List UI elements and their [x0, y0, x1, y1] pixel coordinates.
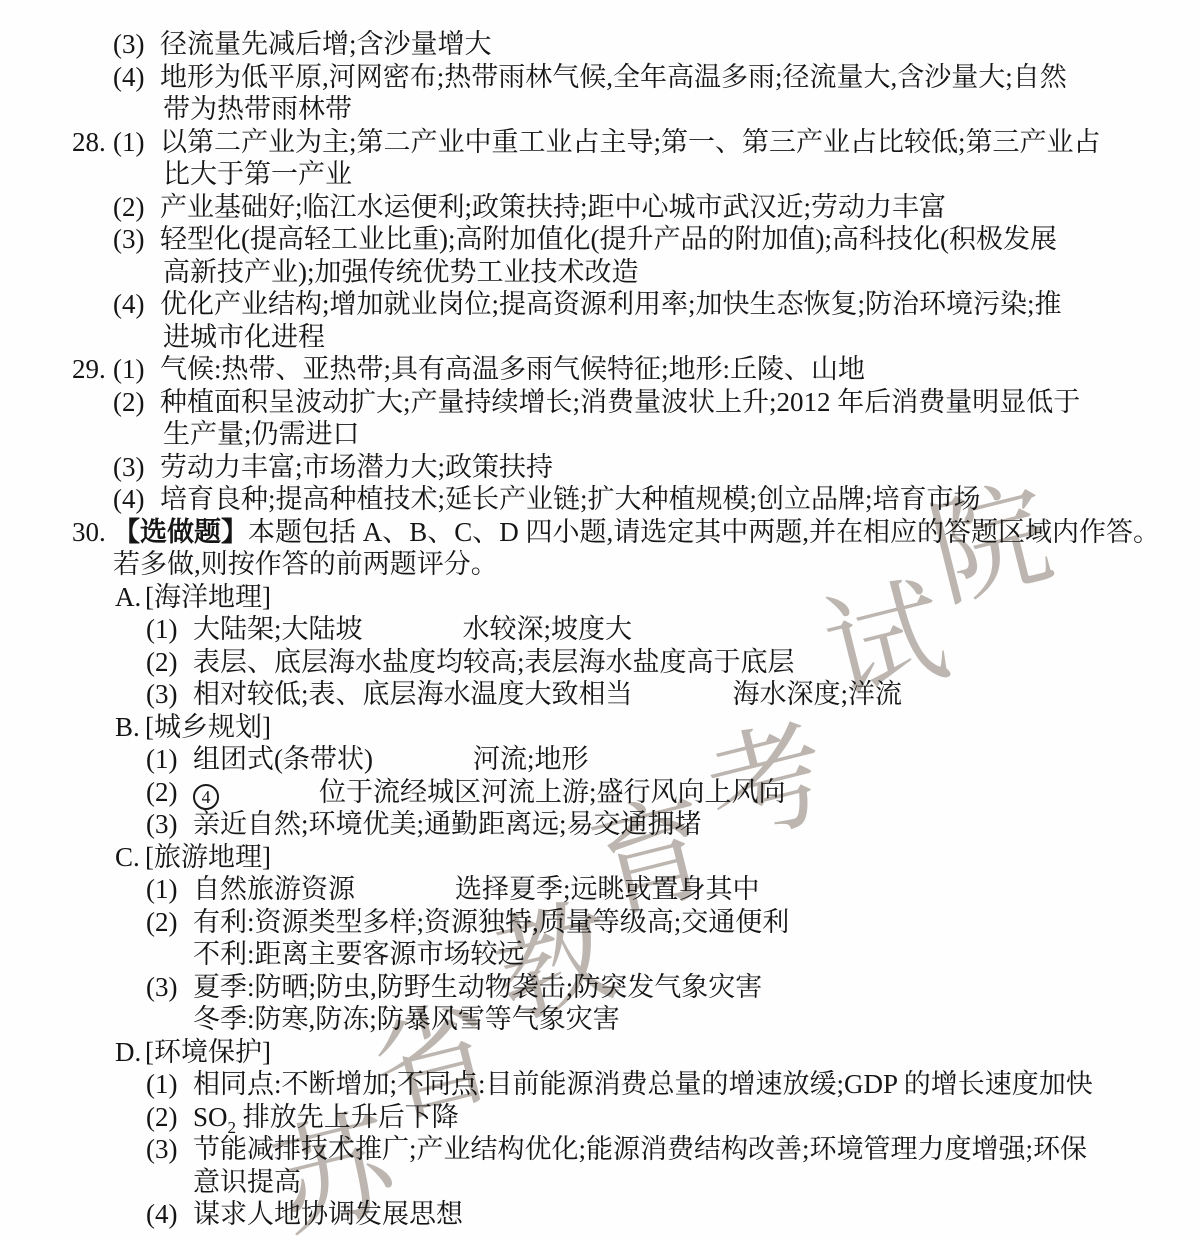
text-segment: 海水深度;洋流 [733, 679, 903, 709]
text-line: (3)劳动力丰富;市场潜力大;政策扶持 [0, 451, 1200, 484]
text-line: (2)种植面积呈波动扩大;产量持续增长;消费量波状上升;2012 年后消费量明显… [0, 386, 1200, 419]
text-line: (2)表层、底层海水盐度均较高;表层海水盐度高于底层 [0, 646, 1200, 679]
text-line: 比大于第一产业 [0, 158, 1200, 191]
item-marker: C. [115, 841, 140, 874]
text-line: 不利:距离主要客源市场较远 [0, 938, 1200, 971]
item-marker: (2) [146, 906, 177, 939]
text-line: (3)节能减排技术推广;产业结构优化;能源消费结构改善;环境管理力度增强;环保 [0, 1133, 1200, 1166]
text-line: (2)有利:资源类型多样;资源独特,质量等级高;交通便利 [0, 906, 1200, 939]
answer-text-block: (3)径流量先减后增;含沙量增大(4)地形为低平原,河网密布;热带雨林气候,全年… [0, 0, 1200, 1231]
text-segment: 大陆架;大陆坡 [193, 614, 363, 644]
text-line: 29.(1)气候:热带、亚热带;具有高温多雨气候特征;地形:丘陵、山地 [0, 353, 1200, 386]
text-line: (1)大陆架;大陆坡水较深;坡度大 [0, 613, 1200, 646]
text-line: (3)径流量先减后增;含沙量增大 [0, 28, 1200, 61]
item-marker: (2) [113, 386, 144, 419]
circled-number: 4 [193, 784, 219, 810]
text-segment: 选择夏季;远眺或置身其中 [455, 874, 760, 904]
text-segment: 以第二产业为主;第二产业中重工业占主导;第一、第三产业占比较低;第三产业占 [160, 127, 1101, 157]
text-segment: 地形为低平原,河网密布;热带雨林气候,全年高温多雨;径流量大,含沙量大;自然 [160, 62, 1067, 92]
text-line: 带为热带雨林带 [0, 93, 1200, 126]
text-line: (4)地形为低平原,河网密布;热带雨林气候,全年高温多雨;径流量大,含沙量大;自… [0, 61, 1200, 94]
text-line: 28.(1)以第二产业为主;第二产业中重工业占主导;第一、第三产业占比较低;第三… [0, 126, 1200, 159]
text-segment: [旅游地理] [145, 842, 271, 872]
text-line: (3)夏季:防晒;防虫,防野生动物袭击;防突发气象灾害 [0, 971, 1200, 1004]
item-marker: (1) [146, 613, 177, 646]
item-marker: (1) [146, 743, 177, 776]
text-segment: [城乡规划] [145, 712, 271, 742]
item-marker: (1) [113, 126, 144, 159]
text-segment: 有利:资源类型多样;资源独特,质量等级高;交通便利 [193, 907, 789, 937]
item-marker: (2) [146, 1101, 177, 1134]
item-marker: (3) [146, 808, 177, 841]
text-segment: 【选做题】 [113, 517, 248, 547]
text-segment: 比大于第一产业 [163, 159, 352, 189]
item-marker: (1) [113, 353, 144, 386]
text-segment: 意识提高 [193, 1167, 301, 1197]
text-line: D.[环境保护] [0, 1036, 1200, 1069]
text-segment: 冬季:防寒,防冻;防暴风雪等气象灾害 [193, 1004, 620, 1034]
text-line: (4)培育良种;提高种植技术;延长产业链;扩大种植规模;创立品牌;培育市场 [0, 483, 1200, 516]
text-segment: 优化产业结构;增加就业岗位;提高资源利用率;加快生态恢复;防治环境污染;推 [160, 289, 1062, 319]
item-marker: B. [115, 711, 140, 744]
question-number: 30. [72, 516, 106, 549]
text-segment: 种植面积呈波动扩大;产量持续增长;消费量波状上升;2012 年后消费量明显低于 [160, 387, 1080, 417]
item-marker: (3) [146, 1133, 177, 1166]
text-line: 冬季:防寒,防冻;防暴风雪等气象灾害 [0, 1003, 1200, 1036]
text-segment: 组团式(条带状) [193, 744, 373, 774]
text-segment: 相对较低;表、底层海水温度大致相当 [193, 679, 633, 709]
text-segment: 谋求人地协调发展思想 [193, 1199, 463, 1229]
text-segment: 产业基础好;临江水运便利;政策扶持;距中心城市武汉近;劳动力丰富 [160, 192, 946, 222]
text-segment: 生产量;仍需进口 [163, 419, 360, 449]
text-line: B.[城乡规划] [0, 711, 1200, 744]
text-line: 若多做,则按作答的前两题评分。 [0, 548, 1200, 581]
item-marker: A. [115, 581, 141, 614]
text-segment: 高新技产业);加强传统优势工业技术改造 [163, 257, 639, 287]
text-segment: 劳动力丰富;市场潜力大;政策扶持 [160, 452, 553, 482]
text-segment: 河流;地形 [473, 744, 589, 774]
text-segment: 本题包括 A、B、C、D 四小题,请选定其中两题,并在相应的答题区域内作答。 [248, 517, 1160, 547]
text-segment: 位于流经城区河流上游;盛行风向上风向 [319, 777, 786, 807]
item-marker: (3) [113, 28, 144, 61]
text-segment: 不利:距离主要客源市场较远 [193, 939, 525, 969]
text-segment: 轻型化(提高轻工业比重);高附加值化(提升产品的附加值);高科技化(积极发展 [160, 224, 1057, 254]
text-segment: 表层、底层海水盐度均较高;表层海水盐度高于底层 [193, 647, 795, 677]
item-marker: (4) [113, 483, 144, 516]
text-line: A.[海洋地理] [0, 581, 1200, 614]
text-segment: 亲近自然;环境优美;通勤距离远;易交通拥堵 [193, 809, 702, 839]
text-line: 高新技产业);加强传统优势工业技术改造 [0, 256, 1200, 289]
text-segment: 培育良种;提高种植技术;延长产业链;扩大种植规模;创立品牌;培育市场 [160, 484, 981, 514]
item-marker: (3) [113, 451, 144, 484]
item-marker: (3) [146, 971, 177, 1004]
text-line: 意识提高 [0, 1166, 1200, 1199]
text-segment: SO [193, 1102, 228, 1132]
text-line: (2)产业基础好;临江水运便利;政策扶持;距中心城市武汉近;劳动力丰富 [0, 191, 1200, 224]
text-line: 30.【选做题】本题包括 A、B、C、D 四小题,请选定其中两题,并在相应的答题… [0, 516, 1200, 549]
text-segment: 节能减排技术推广;产业结构优化;能源消费结构改善;环境管理力度增强;环保 [193, 1134, 1087, 1164]
text-line: (4)谋求人地协调发展思想 [0, 1198, 1200, 1231]
item-marker: (1) [146, 873, 177, 906]
item-marker: (3) [146, 678, 177, 711]
item-marker: (2) [146, 646, 177, 679]
text-line: (3)相对较低;表、底层海水温度大致相当海水深度;洋流 [0, 678, 1200, 711]
text-segment: 若多做,则按作答的前两题评分。 [113, 549, 498, 579]
scanned-answer-sheet: 苏省教育考试院 (3)径流量先减后增;含沙量增大(4)地形为低平原,河网密布;热… [0, 0, 1200, 1240]
text-line: (1)组团式(条带状)河流;地形 [0, 743, 1200, 776]
text-segment: 带为热带雨林带 [163, 94, 352, 124]
text-line: 进城市化进程 [0, 321, 1200, 354]
text-line: (3)轻型化(提高轻工业比重);高附加值化(提升产品的附加值);高科技化(积极发… [0, 223, 1200, 256]
text-line: C.[旅游地理] [0, 841, 1200, 874]
item-marker: (1) [146, 1068, 177, 1101]
text-line: (3)亲近自然;环境优美;通勤距离远;易交通拥堵 [0, 808, 1200, 841]
item-marker: (4) [113, 288, 144, 321]
item-marker: D. [115, 1036, 141, 1069]
question-number: 28. [72, 126, 106, 159]
text-segment: 气候:热带、亚热带;具有高温多雨气候特征;地形:丘陵、山地 [160, 354, 865, 384]
question-number: 29. [72, 353, 106, 386]
item-marker: (4) [113, 61, 144, 94]
text-segment: 排放先上升后下降 [236, 1102, 459, 1132]
item-marker: (3) [113, 223, 144, 256]
item-marker: (4) [146, 1198, 177, 1231]
item-marker: (2) [113, 191, 144, 224]
text-line: (4)优化产业结构;增加就业岗位;提高资源利用率;加快生态恢复;防治环境污染;推 [0, 288, 1200, 321]
text-segment: 进城市化进程 [163, 322, 325, 352]
text-segment: 相同点:不断增加;不同点:目前能源消费总量的增速放缓;GDP 的增长速度加快 [193, 1069, 1093, 1099]
text-segment: 自然旅游资源 [193, 874, 355, 904]
text-segment: [海洋地理] [145, 582, 271, 612]
text-line: 生产量;仍需进口 [0, 418, 1200, 451]
text-segment: [环境保护] [145, 1037, 271, 1067]
text-line: (2)SO2 排放先上升后下降 [0, 1101, 1200, 1134]
text-line: (2)4位于流经城区河流上游;盛行风向上风向 [0, 776, 1200, 809]
item-marker: (2) [146, 776, 177, 809]
text-segment: 夏季:防晒;防虫,防野生动物袭击;防突发气象灾害 [193, 972, 762, 1002]
text-segment: 径流量先减后增;含沙量增大 [160, 29, 492, 59]
text-line: (1)自然旅游资源选择夏季;远眺或置身其中 [0, 873, 1200, 906]
text-line: (1)相同点:不断增加;不同点:目前能源消费总量的增速放缓;GDP 的增长速度加… [0, 1068, 1200, 1101]
text-segment: 水较深;坡度大 [463, 614, 633, 644]
